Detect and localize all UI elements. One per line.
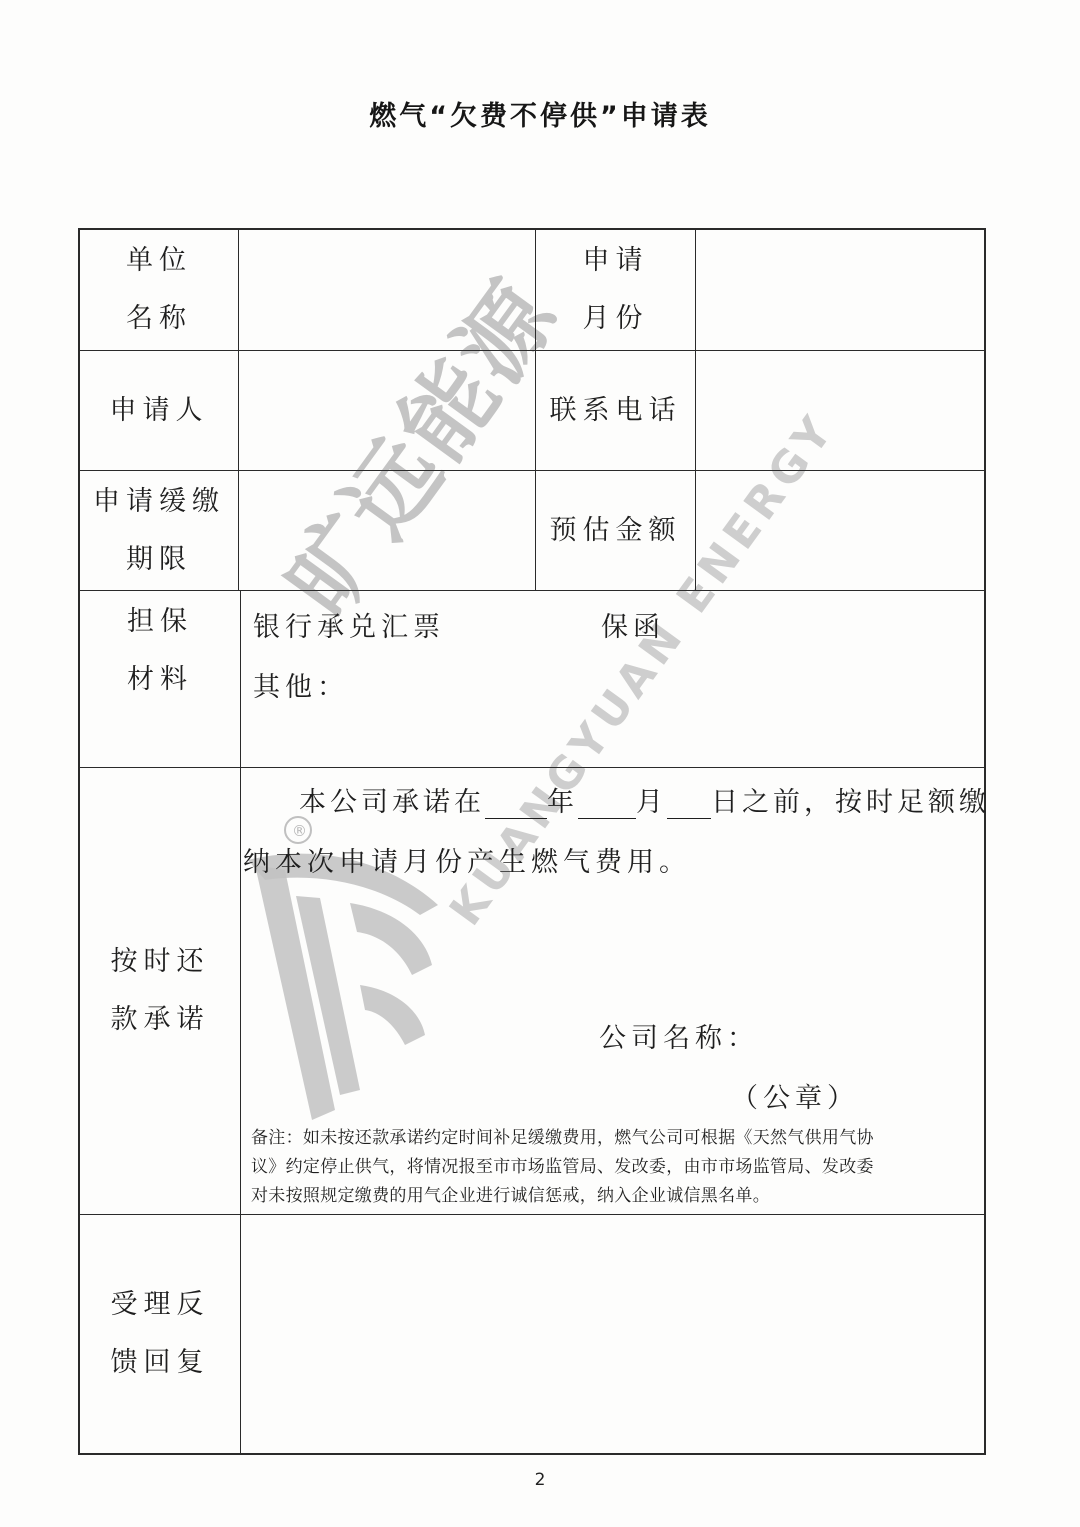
contact-phone-field[interactable] <box>695 351 984 470</box>
label-feedback-reply: 受理反 馈回复 <box>80 1215 240 1453</box>
application-form-table: 单位 名称 申请 月份 申请人 联系电话 申请缓缴 期限 预估金额 <box>78 228 986 1455</box>
deferral-period-field[interactable] <box>238 471 535 590</box>
option-letter-of-guarantee[interactable]: 保函 <box>601 605 665 644</box>
page-number: 2 <box>0 1470 1080 1490</box>
label-unit-name: 单位 名称 <box>80 230 238 350</box>
option-other[interactable]: 其他： <box>253 665 349 704</box>
label-deferral-period: 申请缓缴 期限 <box>80 471 238 590</box>
commitment-line-2: 纳本次申请月份产生燃气费用。 <box>243 840 691 879</box>
commitment-note: 备注：如未按还款承诺约定时间补足缓缴费用，燃气公司可根据《天然气供用气协 议》约… <box>251 1124 874 1211</box>
estimated-amount-field[interactable] <box>695 471 984 590</box>
guarantee-options: 银行承兑汇票 保函 其他： <box>240 591 984 767</box>
option-bank-acceptance-bill[interactable]: 银行承兑汇票 <box>253 605 445 644</box>
row-guarantee-materials: 担保 材料 银行承兑汇票 保函 其他： <box>80 590 984 767</box>
label-contact-phone: 联系电话 <box>535 351 695 470</box>
label-estimated-amount: 预估金额 <box>535 471 695 590</box>
row-feedback-reply: 受理反 馈回复 <box>80 1214 984 1453</box>
month-blank[interactable] <box>578 789 636 819</box>
year-blank[interactable] <box>485 789 547 819</box>
row-unit-name: 单位 名称 申请 月份 <box>80 230 984 350</box>
commitment-content: 本公司承诺在年月日之前，按时足额缴 纳本次申请月份产生燃气费用。 公司名称： （… <box>240 768 984 1214</box>
feedback-reply-field[interactable] <box>240 1215 984 1453</box>
page-title: 燃气“欠费不停供”申请表 <box>0 94 1080 133</box>
applicant-field[interactable] <box>238 351 535 470</box>
application-month-field[interactable] <box>695 230 984 350</box>
label-repayment-commitment: 按时还 款承诺 <box>80 768 240 1214</box>
unit-name-field[interactable] <box>238 230 535 350</box>
company-seal-label: （公章） <box>731 1076 859 1115</box>
label-application-month: 申请 月份 <box>535 230 695 350</box>
row-repayment-commitment: 按时还 款承诺 本公司承诺在年月日之前，按时足额缴 纳本次申请月份产生燃气费用。… <box>80 767 984 1214</box>
label-guarantee-materials: 担保 材料 <box>80 591 240 767</box>
label-applicant: 申请人 <box>80 351 238 470</box>
commitment-line-1: 本公司承诺在年月日之前，按时足额缴 <box>299 780 990 819</box>
company-name-label: 公司名称： <box>599 1016 759 1055</box>
row-deferral-period: 申请缓缴 期限 预估金额 <box>80 470 984 590</box>
day-blank[interactable] <box>667 789 711 819</box>
row-applicant: 申请人 联系电话 <box>80 350 984 470</box>
